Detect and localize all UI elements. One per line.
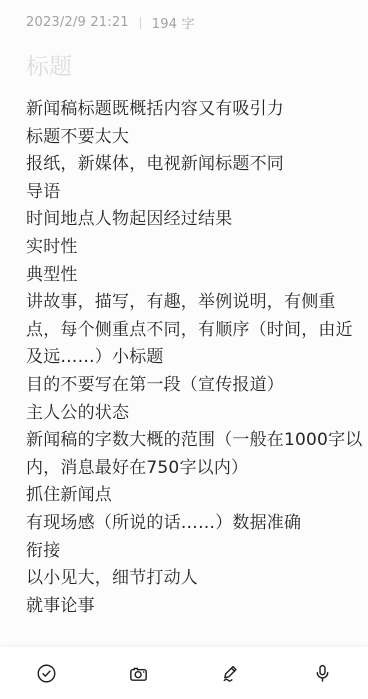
note-text-line: 新闻稿标题既概括内容又有吸引力 <box>26 96 342 124</box>
note-datetime: 2023/2/9 21:21 <box>26 15 129 30</box>
note-body-text[interactable]: 新闻稿标题既概括内容又有吸引力标题不要太大报纸，新媒体，电视新闻标题不同导语时间… <box>26 96 342 620</box>
check-circle-icon <box>35 662 58 685</box>
camera-button[interactable] <box>92 647 184 699</box>
note-text-line: 报纸，新媒体，电视新闻标题不同 <box>26 151 342 179</box>
note-text-line: 典型性 <box>26 262 342 290</box>
note-text-line: 点，每个侧重点不同，有顺序（时间，由近 <box>26 317 342 345</box>
checklist-button[interactable] <box>0 647 92 699</box>
note-text-line: 目的不要写在第一段（宣传报道） <box>26 372 342 400</box>
note-text-line: 就事论事 <box>26 593 342 621</box>
camera-icon <box>127 662 150 685</box>
note-text-line: 导语 <box>26 179 342 207</box>
note-text-line: 实时性 <box>26 234 342 262</box>
note-text-line: 有现场感（所说的话……）数据准确 <box>26 510 342 538</box>
note-text-line: 内，消息最好在750字以内） <box>26 455 342 483</box>
note-text-line: 以小见大，细节打动人 <box>26 565 342 593</box>
note-text-line: 标题不要太大 <box>26 124 342 152</box>
pen-icon <box>219 662 242 685</box>
voice-input-button[interactable] <box>276 647 368 699</box>
meta-divider <box>140 17 141 29</box>
note-text-line: 抓住新闻点 <box>26 482 342 510</box>
notes-app-screen: 2023/2/9 21:21 194 字 新闻稿标题既概括内容又有吸引力标题不要… <box>0 0 368 699</box>
note-text-line: 讲故事，描写，有趣，举例说明，有侧重 <box>26 289 342 317</box>
note-text-line: 及远……）小标题 <box>26 344 342 372</box>
title-input[interactable] <box>26 52 342 82</box>
note-text-line: 新闻稿的字数大概的范围（一般在1000字以 <box>26 427 342 455</box>
note-edit-area[interactable]: 2023/2/9 21:21 194 字 新闻稿标题既概括内容又有吸引力标题不要… <box>0 0 368 647</box>
note-meta-row: 2023/2/9 21:21 194 字 <box>26 14 342 31</box>
bottom-toolbar <box>0 647 368 699</box>
mic-icon <box>311 662 334 685</box>
note-text-line: 时间地点人物起因经过结果 <box>26 206 342 234</box>
note-text-line: 主人公的状态 <box>26 400 342 428</box>
handwriting-button[interactable] <box>184 647 276 699</box>
note-text-line: 衔接 <box>26 538 342 566</box>
note-char-count: 194 字 <box>152 13 195 32</box>
